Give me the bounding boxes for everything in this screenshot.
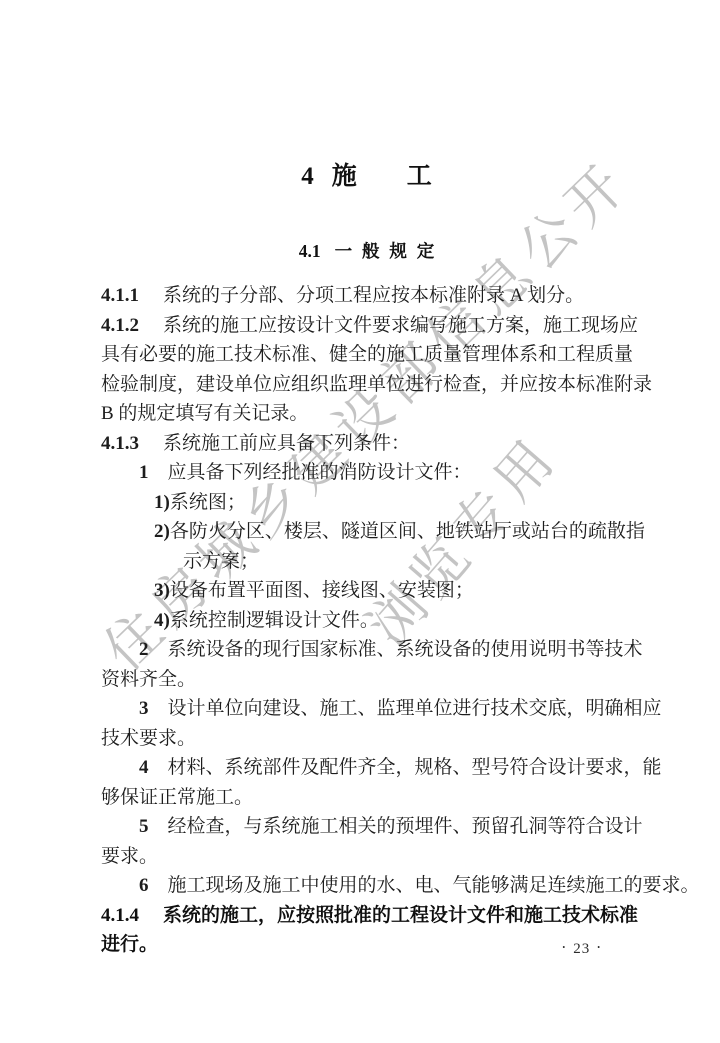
section-title: 一 般 规 定 (335, 241, 435, 261)
clause-text: 经检查，与系统施工相关的预埋件、预留孔洞等符合设计 (168, 816, 643, 837)
clause-text: 系统的子分部、分项工程应按本标准附录 A 划分。 (163, 285, 584, 306)
sub-item-3: 3设计单位向建设、施工、监理单位进行技术交底，明确相应 (101, 694, 632, 724)
chapter-number: 4 (301, 163, 314, 190)
continuation-line: 具有必要的施工技术标准、健全的施工质量管理体系和工程质量 (101, 340, 632, 370)
clause-number: 4.1.2 (101, 315, 139, 336)
section-number: 4.1 (299, 241, 321, 261)
clause-text: 设备布置平面图、接线图、安装图； (170, 580, 474, 601)
clause-text: 设计单位向建设、施工、监理单位进行技术交底，明确相应 (168, 698, 662, 719)
clause-text: 够保证正常施工。 (101, 787, 253, 808)
clause-text: 示方案； (183, 551, 259, 572)
clause-text: 系统控制逻辑设计文件。 (170, 610, 379, 631)
chapter-heading: 4施 工 (101, 160, 632, 193)
clause-number: 4.1.1 (101, 285, 139, 306)
page-number: •23• (555, 941, 608, 958)
clause-text: 系统图； (170, 492, 246, 513)
clause-text: 材料、系统部件及配件齐全，规格、型号符合设计要求，能 (168, 757, 662, 778)
sub-item-1: 1应具备下列经批准的消防设计文件： (101, 458, 632, 488)
sub-item-4: 4材料、系统部件及配件齐全，规格、型号符合设计要求，能 (101, 753, 632, 783)
continuation-line: 示方案； (101, 547, 632, 577)
sub-item-number: 4 (139, 757, 149, 778)
clause-text: 技术要求。 (101, 728, 196, 749)
clause-text: 系统设备的现行国家标准、系统设备的使用说明书等技术 (168, 639, 643, 660)
sub-sub-item-number: 1) (154, 492, 170, 513)
clause-number: 4.1.4 (101, 905, 139, 926)
continuation-line: B 的规定填写有关记录。 (101, 399, 632, 429)
section-heading: 4.1一 般 规 定 (101, 242, 632, 260)
clause-text: 系统的施工，应按照批准的工程设计文件和施工技术标准 (163, 905, 638, 926)
clause-text: 检验制度，建设单位应组织监理单位进行检查，并应按本标准附录 (101, 374, 652, 395)
continuation-line: 检验制度，建设单位应组织监理单位进行检查，并应按本标准附录 (101, 370, 632, 400)
clause-text: 要求。 (101, 846, 158, 867)
sub-item-number: 5 (139, 816, 149, 837)
continuation-line: 够保证正常施工。 (101, 783, 632, 813)
page-content: 4施 工 4.1一 般 规 定 4.1.1系统的子分部、分项工程应按本标准附录 … (0, 160, 720, 960)
clause-number: 4.1.3 (101, 433, 139, 454)
clause-text: 应具备下列经批准的消防设计文件： (168, 462, 472, 483)
clause-text: B 的规定填写有关记录。 (101, 403, 308, 424)
sub-item-number: 1 (139, 462, 149, 483)
sub-sub-item-number: 2) (154, 521, 170, 542)
clause-text: 资料齐全。 (101, 669, 196, 690)
clause-4-1-2: 4.1.2系统的施工应按设计文件要求编写施工方案，施工现场应 (101, 311, 632, 341)
clause-text: 进行。 (101, 934, 158, 955)
continuation-line: 技术要求。 (101, 724, 632, 754)
continuation-line: 进行。 (101, 930, 632, 960)
page-number-value: 23 (573, 941, 590, 957)
clause-text: 具有必要的施工技术标准、健全的施工质量管理体系和工程质量 (101, 344, 633, 365)
continuation-line: 要求。 (101, 842, 632, 872)
clause-4-1-1: 4.1.1系统的子分部、分项工程应按本标准附录 A 划分。 (101, 281, 632, 311)
continuation-line: 资料齐全。 (101, 665, 632, 695)
sub-sub-item-3: 3)设备布置平面图、接线图、安装图； (101, 576, 632, 606)
chapter-title: 施 工 (332, 162, 432, 190)
clause-text: 各防火分区、楼层、隧道区间、地铁站厅或站台的疏散指 (170, 521, 645, 542)
clause-4-1-3: 4.1.3系统施工前应具备下列条件： (101, 429, 632, 459)
sub-sub-item-number: 3) (154, 580, 170, 601)
clause-text: 施工现场及施工中使用的水、电、气能够满足连续施工的要求。 (168, 875, 700, 896)
sub-item-2: 2系统设备的现行国家标准、系统设备的使用说明书等技术 (101, 635, 632, 665)
sub-item-number: 6 (139, 875, 149, 896)
clause-4-1-4: 4.1.4系统的施工，应按照批准的工程设计文件和施工技术标准 (101, 901, 632, 931)
sub-item-number: 3 (139, 698, 149, 719)
sub-sub-item-number: 4) (154, 610, 170, 631)
page-number-dot: • (562, 943, 566, 952)
clause-text: 系统施工前应具备下列条件： (163, 433, 410, 454)
sub-item-6: 6施工现场及施工中使用的水、电、气能够满足连续施工的要求。 (101, 871, 632, 901)
page-number-dot: • (597, 943, 601, 952)
sub-sub-item-4: 4)系统控制逻辑设计文件。 (101, 606, 632, 636)
clause-text: 系统的施工应按设计文件要求编写施工方案，施工现场应 (163, 315, 638, 336)
sub-sub-item-1: 1)系统图； (101, 488, 632, 518)
sub-item-number: 2 (139, 639, 149, 660)
document-page: 住房城乡建设部信息公开 浏览专用 4施 工 4.1一 般 规 定 4.1.1系统… (0, 0, 720, 1043)
clause-body: 4.1.1系统的子分部、分项工程应按本标准附录 A 划分。 4.1.2系统的施工… (101, 281, 632, 960)
sub-sub-item-2: 2)各防火分区、楼层、隧道区间、地铁站厅或站台的疏散指 (101, 517, 632, 547)
sub-item-5: 5经检查，与系统施工相关的预埋件、预留孔洞等符合设计 (101, 812, 632, 842)
